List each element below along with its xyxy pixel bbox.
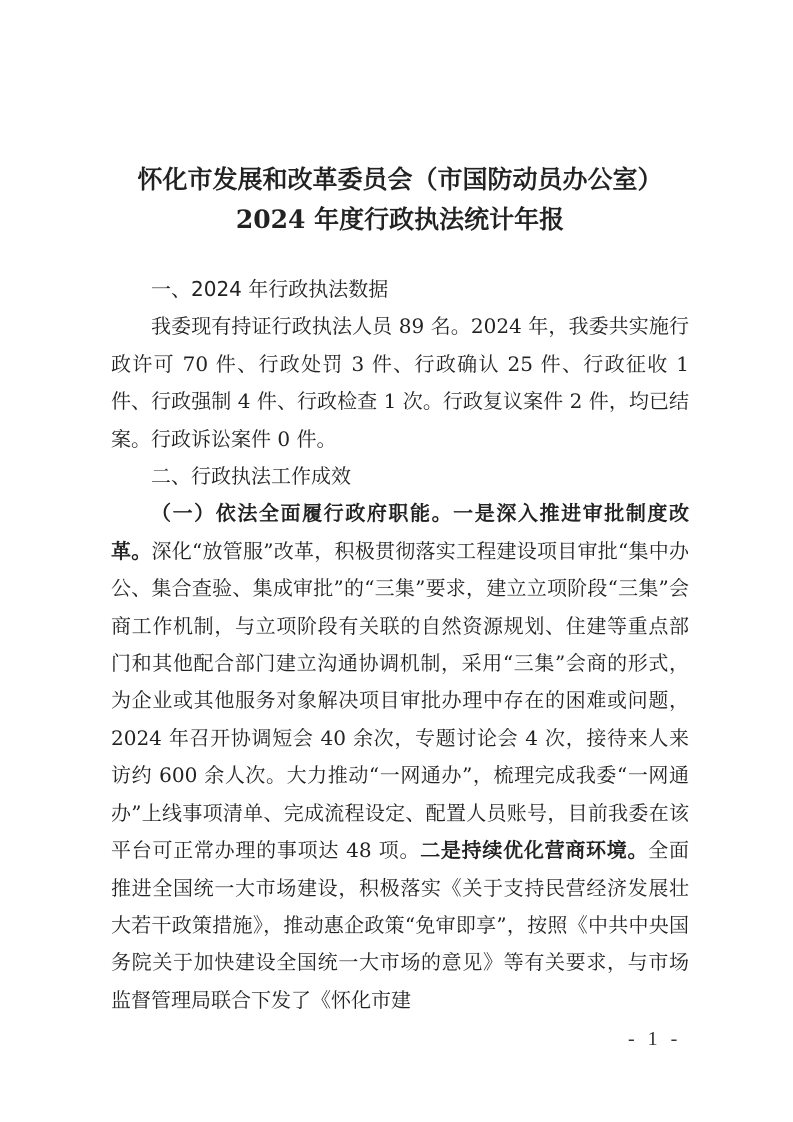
document-body: 一、2024 年行政执法数据 我委现有持证行政执法人员 89 名。2024 年，…	[111, 271, 689, 1019]
section-heading-2: 二、行政执法工作成效	[111, 458, 689, 495]
title-line-2: 2024 年度行政执法统计年报	[100, 200, 700, 240]
page-number: - 1 -	[628, 1028, 681, 1051]
section-1-paragraph: 我委现有持证行政执法人员 89 名。2024 年，我委共实施行政许可 70 件、…	[111, 308, 689, 458]
document-title: 怀化市发展和改革委员会（市国防动员办公室） 2024 年度行政执法统计年报	[100, 160, 700, 240]
title-line-1: 怀化市发展和改革委员会（市国防动员办公室）	[100, 160, 700, 200]
subsection-text-1: 深化“放管服”改革，积极贯彻落实工程建设项目审批“集中办公、集合查验、集成审批”…	[111, 539, 689, 862]
section-2-paragraph: （一）依法全面履行政府职能。一是深入推进审批制度改革。深化“放管服”改革，积极贯…	[111, 495, 689, 1019]
subsection-text-2: 全面推进全国统一大市场建设，积极落实《关于支持民营经济发展壮大若干政策措施》，推…	[111, 838, 689, 1012]
subsection-lead-2: 二是持续优化营商环境。	[420, 838, 648, 862]
document-page: 怀化市发展和改革委员会（市国防动员办公室） 2024 年度行政执法统计年报 一、…	[0, 0, 793, 1122]
section-heading-1: 一、2024 年行政执法数据	[111, 271, 689, 308]
